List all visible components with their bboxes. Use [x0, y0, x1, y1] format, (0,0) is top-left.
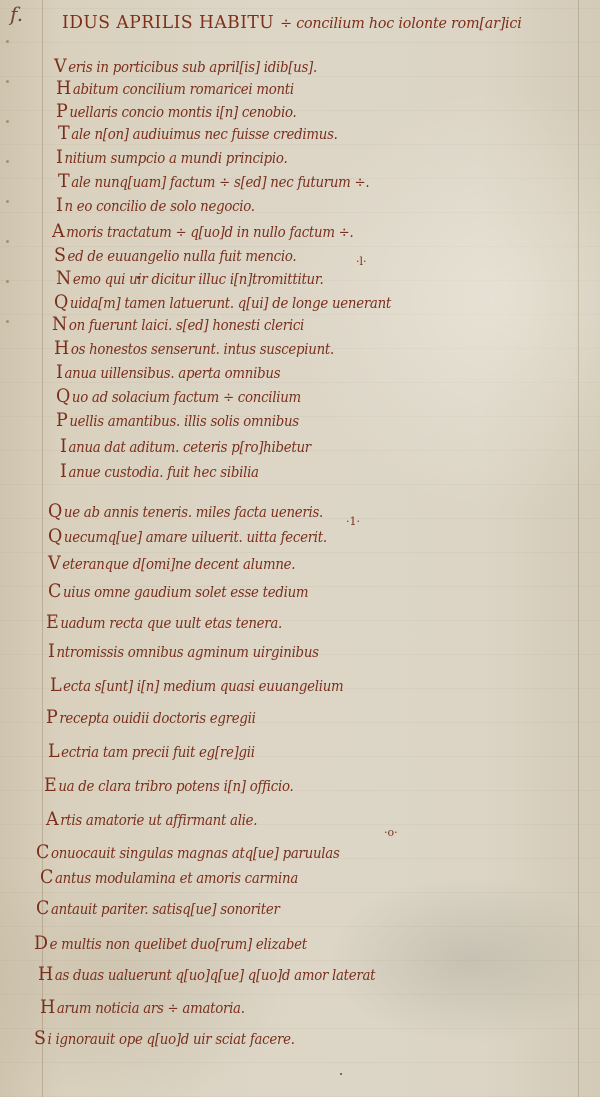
verse-line: Lecta s[unt] i[n] medium quasi euuangeli… — [50, 674, 343, 696]
verse-line: Artis amatorie ut affirmant alie. — [46, 808, 257, 830]
verse-text: os honestos senserunt. intus suscepiunt. — [71, 342, 334, 358]
verse-initial: S — [34, 1027, 46, 1049]
verse-text: e multis non quelibet duo[rum] elizabet — [50, 937, 307, 953]
verse-initial: C — [40, 866, 53, 888]
verse-line: Habitum concilium romaricei monti — [56, 77, 294, 99]
verse-line: Quo ad solacium factum ÷ concilium — [56, 385, 301, 407]
verse-line: Veteranque d[omi]ne decent alumne. — [48, 552, 295, 574]
verse-initial: T — [58, 170, 69, 192]
verse-line: Non fuerunt laici. s[ed] honesti clerici — [52, 313, 304, 335]
verse-text: nitium sumpcio a mundi principio. — [64, 151, 287, 167]
heading-continuation: ÷ concilium hoc iolonte rom[ar]ici — [280, 14, 521, 32]
verse-text: ua de clara tribro potens i[n] officio. — [58, 779, 293, 795]
margin-note: ·1· — [346, 515, 360, 528]
verse-text: arum noticia ars ÷ amatoria. — [57, 1001, 245, 1017]
verse-initial: A — [46, 808, 58, 830]
verse-initial: A — [52, 220, 64, 242]
verse-text: ale nunq[uam] factum ÷ s[ed] nec futurum… — [71, 175, 369, 191]
verse-line: Intromissis omnibus agminum uirginibus — [48, 640, 319, 662]
verse-line: Sed de euuangelio nulla fuit mencio. — [54, 244, 296, 266]
verse-initial: I — [56, 361, 63, 383]
folio-mark: f. — [10, 2, 23, 26]
verse-initial: S — [54, 244, 66, 266]
ink-spot — [340, 1073, 342, 1075]
verse-initial: L — [48, 740, 59, 762]
verse-initial: N — [52, 313, 67, 335]
verse-text: n eo concilio de solo negocio. — [64, 199, 254, 215]
verse-text: uecumq[ue] amare uiluerit. uitta fecerit… — [64, 530, 327, 546]
verse-text: uellaris concio montis i[n] cenobio. — [69, 105, 296, 121]
verse-initial: T — [58, 122, 69, 144]
margin-note: ·l· — [356, 255, 367, 268]
verse-line: Nemo qui uir dicitur illuc i[n]tromittit… — [56, 267, 323, 289]
verse-initial: V — [48, 552, 60, 574]
verse-text: antus modulamina et amoris carmina — [55, 871, 298, 887]
verse-initial: I — [60, 435, 67, 457]
verse-text: eteranque d[omi]ne decent alumne. — [62, 557, 295, 573]
verse-initial: P — [56, 100, 67, 122]
verse-line: Puellis amantibus. illis solis omnibus — [56, 409, 299, 431]
verse-line: Ianua dat aditum. ceteris p[ro]hibetur — [60, 435, 311, 457]
verse-initial: H — [56, 77, 71, 99]
verse-line: De multis non quelibet duo[rum] elizabet — [34, 932, 307, 954]
verse-text: ue ab annis teneris. miles facta ueneris… — [64, 505, 323, 521]
verse-text: uida[m] tamen latuerunt. q[ui] de longe … — [70, 296, 391, 312]
verse-line: Tale n[on] audiuimus nec fuisse credimus… — [58, 122, 338, 144]
verse-text: on fuerunt laici. s[ed] honesti clerici — [69, 318, 304, 334]
verse-initial: L — [50, 674, 61, 696]
verse-initial: C — [48, 580, 61, 602]
verse-text: ntromissis omnibus agminum uirginibus — [56, 645, 318, 661]
verse-initial: N — [56, 267, 71, 289]
verse-line: Quecumq[ue] amare uiluerit. uitta feceri… — [48, 525, 327, 547]
verse-initial: V — [54, 55, 66, 77]
verse-line: Si ignorauit ope q[uo]d uir sciat facere… — [34, 1027, 295, 1049]
pricking-hole — [6, 80, 9, 83]
verse-initial: H — [54, 337, 69, 359]
verse-text: rtis amatorie ut affirmant alie. — [60, 813, 257, 829]
verse-line: Initium sumpcio a mundi principio. — [56, 146, 287, 168]
verse-line: Eua de clara tribro potens i[n] officio. — [44, 774, 293, 796]
pricking-hole — [6, 40, 9, 43]
verse-text: antauit pariter. satisq[ue] sonoriter — [51, 902, 280, 918]
verse-initial: I — [56, 146, 63, 168]
verse-initial: D — [34, 932, 48, 954]
verse-line: Precepta ouidii doctoris egregii — [46, 706, 256, 728]
pricking-hole — [6, 200, 9, 203]
verse-line: Cuius omne gaudium solet esse tedium — [48, 580, 308, 602]
verse-text: anua dat aditum. ceteris p[ro]hibetur — [68, 440, 310, 456]
verse-initial: H — [40, 996, 55, 1018]
verse-initial: Q — [56, 385, 70, 407]
heading-capitals: IDUS APRILIS HABITU — [62, 12, 274, 33]
verse-text: uadum recta que uult etas tenera. — [60, 616, 282, 632]
pricking-hole — [6, 320, 9, 323]
verse-text: abitum concilium romaricei monti — [73, 82, 294, 98]
manuscript-heading: IDUS APRILIS HABITU ÷ concilium hoc iolo… — [62, 12, 522, 33]
verse-initial: Q — [54, 291, 68, 313]
pricking-hole — [6, 120, 9, 123]
verse-line: Cantus modulamina et amoris carmina — [40, 866, 298, 888]
verse-text: moris tractatum ÷ q[uo]d in nullo factum… — [66, 225, 353, 241]
pricking-hole — [6, 160, 9, 163]
right-ruling-line — [578, 0, 579, 1097]
verse-line: Conuocauit singulas magnas atq[ue] paruu… — [36, 841, 340, 863]
verse-line: Has duas ualuerunt q[uo]q[ue] q[uo]d amo… — [38, 963, 375, 985]
verse-text: recepta ouidii doctoris egregii — [59, 711, 255, 727]
verse-text: ecta s[unt] i[n] medium quasi euuangeliu… — [63, 679, 343, 695]
verse-initial: C — [36, 897, 49, 919]
verse-initial: P — [46, 706, 57, 728]
pricking-hole — [6, 240, 9, 243]
verse-initial: H — [38, 963, 53, 985]
verse-text: emo qui uir dicitur illuc i[n]tromittitu… — [73, 272, 324, 288]
verse-initial: Q — [48, 500, 62, 522]
verse-line: Puellaris concio montis i[n] cenobio. — [56, 100, 297, 122]
verse-line: Cantauit pariter. satisq[ue] sonoriter — [36, 897, 280, 919]
verse-text: uo ad solacium factum ÷ concilium — [72, 390, 301, 406]
verse-text: eris in porticibus sub april[is] idib[us… — [68, 60, 317, 76]
verse-line: Amoris tractatum ÷ q[uo]d in nullo factu… — [52, 220, 354, 242]
verse-initial: I — [48, 640, 55, 662]
verse-text: ale n[on] audiuimus nec fuisse credimus. — [71, 127, 337, 143]
verse-line: Euadum recta que uult etas tenera. — [46, 611, 282, 633]
verse-line: Que ab annis teneris. miles facta ueneri… — [48, 500, 323, 522]
verse-line: Hos honestos senserunt. intus suscepiunt… — [54, 337, 334, 359]
verse-line: Tale nunq[uam] factum ÷ s[ed] nec futuru… — [58, 170, 369, 192]
verse-initial: C — [36, 841, 49, 863]
verse-line: In eo concilio de solo negocio. — [56, 194, 255, 216]
margin-note: ·o· — [384, 826, 398, 839]
verse-line: Ianue custodia. fuit hec sibilia — [60, 460, 259, 482]
verse-text: onuocauit singulas magnas atq[ue] paruul… — [51, 846, 340, 862]
verse-initial: P — [56, 409, 67, 431]
verse-initial: E — [44, 774, 56, 796]
ink-spot — [137, 276, 140, 279]
verse-initial: Q — [48, 525, 62, 547]
verse-initial: I — [56, 194, 63, 216]
verse-line: Quida[m] tamen latuerunt. q[ui] de longe… — [54, 291, 391, 313]
verse-text: uius omne gaudium solet esse tedium — [63, 585, 308, 601]
verse-line: Lectria tam precii fuit eg[re]gii — [48, 740, 255, 762]
verse-text: ed de euuangelio nulla fuit mencio. — [68, 249, 297, 265]
verse-text: uellis amantibus. illis solis omnibus — [69, 414, 299, 430]
verse-text: i ignorauit ope q[uo]d uir sciat facere. — [48, 1032, 295, 1048]
verse-line: Veris in porticibus sub april[is] idib[u… — [54, 55, 317, 77]
verse-text: anua uillensibus. aperta omnibus — [64, 366, 280, 382]
verse-line: Ianua uillensibus. aperta omnibus — [56, 361, 280, 383]
pricking-hole — [6, 280, 9, 283]
verse-text: ectria tam precii fuit eg[re]gii — [61, 745, 255, 761]
verse-initial: I — [60, 460, 67, 482]
verse-text: anue custodia. fuit hec sibilia — [68, 465, 258, 481]
verse-line: Harum noticia ars ÷ amatoria. — [40, 996, 245, 1018]
verse-initial: E — [46, 611, 58, 633]
verse-text: as duas ualuerunt q[uo]q[ue] q[uo]d amor… — [55, 968, 375, 984]
